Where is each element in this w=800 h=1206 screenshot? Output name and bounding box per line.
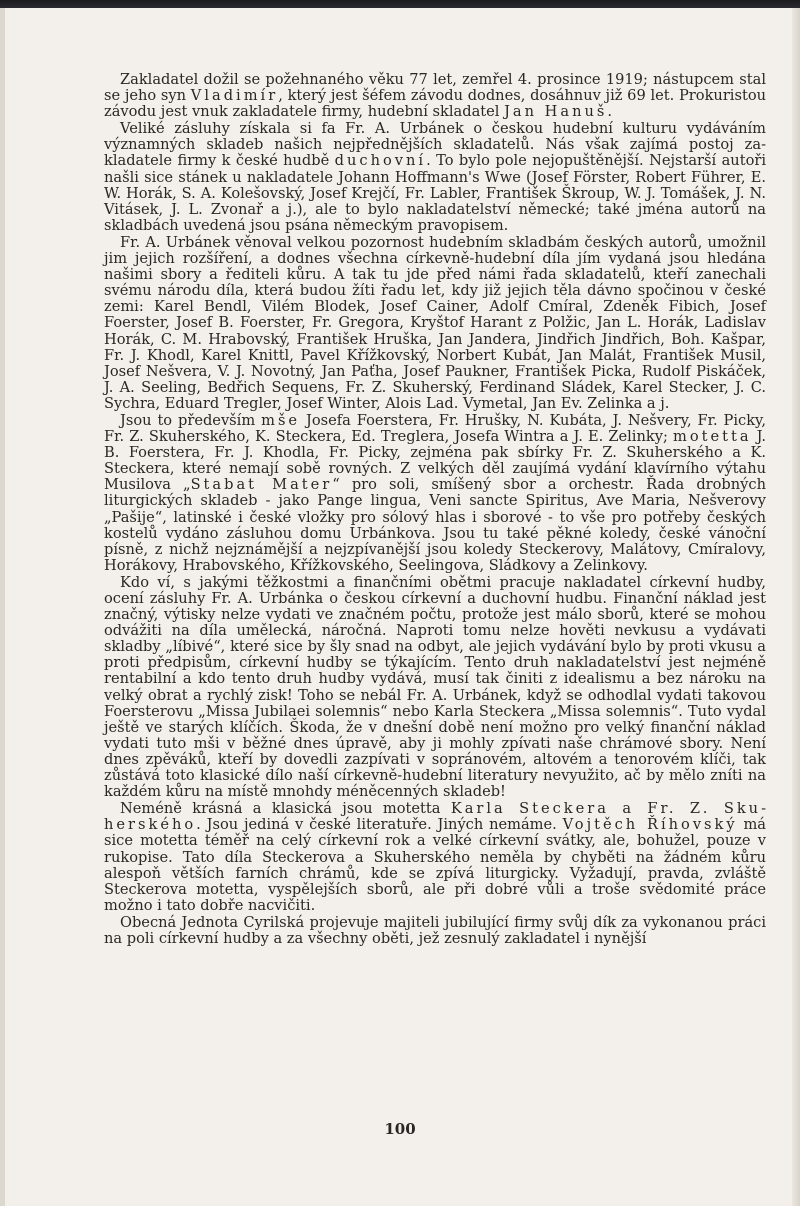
emphasized-name: Vladimír — [191, 87, 278, 104]
paragraph-financial-costs: Kdo ví, s jakými těžkostmi a finančními … — [104, 575, 766, 800]
text-run: Kdo ví, s jakými těžkostmi a finančními … — [104, 574, 766, 800]
paragraph-composers-list: Fr. A. Urbánek věnoval velkou pozornost … — [104, 235, 766, 412]
emphasized-name: duchovní — [335, 152, 426, 169]
emphasized-name: Jan Hanuš — [504, 103, 607, 120]
scan-top-edge — [0, 0, 800, 8]
text-run: Jsou to především — [120, 412, 261, 429]
body-text: Zakladatel dožil se požehnaného věku 77 … — [104, 72, 766, 948]
text-run: . Jsou jediná v české literatuře. Jiných… — [196, 816, 562, 833]
text-run: Fr. A. Urbánek věnoval velkou pozornost … — [104, 234, 766, 412]
emphasized-name: mše — [261, 412, 300, 429]
page-number: 100 — [0, 1120, 800, 1138]
emphasized-name: Vojtěch Říhov­ský — [563, 816, 738, 833]
text-run: Obecná Jednota Cyrilská projevuje majite… — [104, 914, 766, 947]
emphasized-name: motetta — [673, 428, 752, 445]
paragraph-merits-sacred-music: Veliké zásluhy získala si fa Fr. A. Urbá… — [104, 121, 766, 234]
paragraph-founder-succession: Zakladatel dožil se požehnaného věku 77 … — [104, 72, 766, 120]
paragraph-cyril-union-thanks: Obecná Jednota Cyrilská projevuje majite… — [104, 915, 766, 947]
page-binding-edge — [792, 8, 800, 1206]
text-run: . — [607, 103, 612, 120]
paragraph-stecker-skuhersky-motets: Neméně krásná a klasická jsou motetta Ka… — [104, 801, 766, 914]
emphasized-name: Stabat Mater — [191, 476, 333, 493]
paragraph-masses-motets: Jsou to především mše Josefa Foerstera, … — [104, 413, 766, 574]
text-run: Neméně krásná a klasická jsou motetta — [120, 800, 451, 817]
